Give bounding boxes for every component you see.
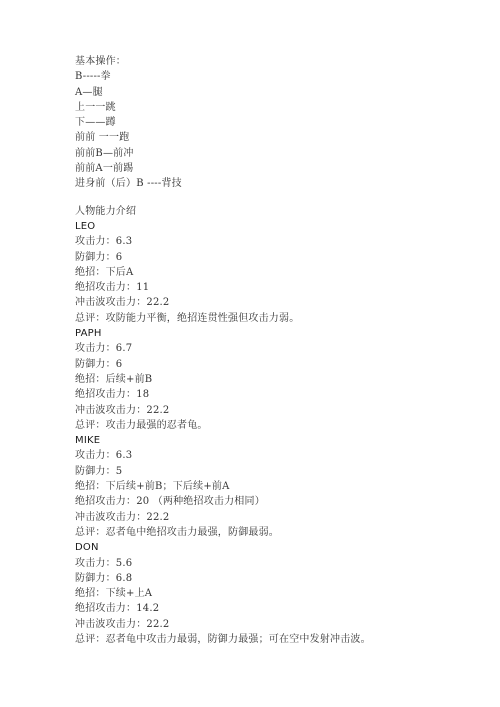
control-line: B-----拳: [75, 69, 475, 84]
overall-review: 总评：攻防能力平衡，绝招连贯性强但攻击力弱。: [75, 311, 475, 326]
special-move-attack: 绝招攻击力：11: [75, 280, 475, 295]
control-line: 前前 一一跑: [75, 130, 475, 145]
stat-defense: 防御力：5: [75, 464, 475, 479]
control-line: 上一一跳: [75, 100, 475, 115]
special-move-attack: 绝招攻击力：14.2: [75, 601, 475, 616]
character-name: LEO: [75, 219, 475, 234]
stat-attack: 攻击力：5.6: [75, 556, 475, 571]
special-move-attack: 绝招攻击力：20 （两种绝招攻击力相同）: [75, 494, 475, 509]
character-mike: MIKE 攻击力：6.3 防御力：5 绝招：下后续+前B；下后续+前A 绝招攻击…: [75, 433, 475, 540]
control-line: 前前B—前冲: [75, 146, 475, 161]
shockwave-attack: 冲击波攻击力：22.2: [75, 403, 475, 418]
stat-attack: 攻击力：6.7: [75, 341, 475, 356]
overall-review: 总评：攻击力最强的忍者龟。: [75, 418, 475, 433]
characters-section: 人物能力介绍 LEO 攻击力：6.3 防御力：6 绝招：下后A 绝招攻击力：11…: [75, 204, 475, 648]
special-move-attack: 绝招攻击力：18: [75, 387, 475, 402]
character-name: DON: [75, 540, 475, 555]
document-page: 基本操作： B-----拳 A—腿 上一一跳 下——蹲 前前 一一跑 前前B—前…: [75, 54, 475, 647]
stat-attack: 攻击力：6.3: [75, 234, 475, 249]
stat-attack: 攻击力：6.3: [75, 448, 475, 463]
special-move: 绝招：下后A: [75, 265, 475, 280]
basic-controls-section: 基本操作： B-----拳 A—腿 上一一跳 下——蹲 前前 一一跑 前前B—前…: [75, 54, 475, 192]
overall-review: 总评：忍者龟中绝招攻击力最强，防御最弱。: [75, 525, 475, 540]
shockwave-attack: 冲击波攻击力：22.2: [75, 295, 475, 310]
control-line: 前前A一前踢: [75, 161, 475, 176]
stat-defense: 防御力：6: [75, 250, 475, 265]
character-don: DON 攻击力：5.6 防御力：6.8 绝招：下续+上A 绝招攻击力：14.2 …: [75, 540, 475, 647]
character-name: MIKE: [75, 433, 475, 448]
stat-defense: 防御力：6: [75, 357, 475, 372]
character-paph: PAPH 攻击力：6.7 防御力：6 绝招：后续+前B 绝招攻击力：18 冲击波…: [75, 326, 475, 433]
character-leo: LEO 攻击力：6.3 防御力：6 绝招：下后A 绝招攻击力：11 冲击波攻击力…: [75, 219, 475, 326]
control-line: 进身前（后）B ----背技: [75, 176, 475, 191]
control-line: A—腿: [75, 85, 475, 100]
special-move: 绝招：下续+上A: [75, 586, 475, 601]
basic-controls-title: 基本操作：: [75, 54, 475, 69]
overall-review: 总评：忍者龟中攻击力最弱，防御力最强；可在空中发射冲击波。: [75, 632, 475, 647]
character-name: PAPH: [75, 326, 475, 341]
control-line: 下——蹲: [75, 115, 475, 130]
special-move: 绝招：下后续+前B；下后续+前A: [75, 479, 475, 494]
stat-defense: 防御力：6.8: [75, 571, 475, 586]
section-spacer: [75, 192, 475, 204]
shockwave-attack: 冲击波攻击力：22.2: [75, 617, 475, 632]
characters-section-title: 人物能力介绍: [75, 204, 475, 219]
special-move: 绝招：后续+前B: [75, 372, 475, 387]
shockwave-attack: 冲击波攻击力：22.2: [75, 510, 475, 525]
